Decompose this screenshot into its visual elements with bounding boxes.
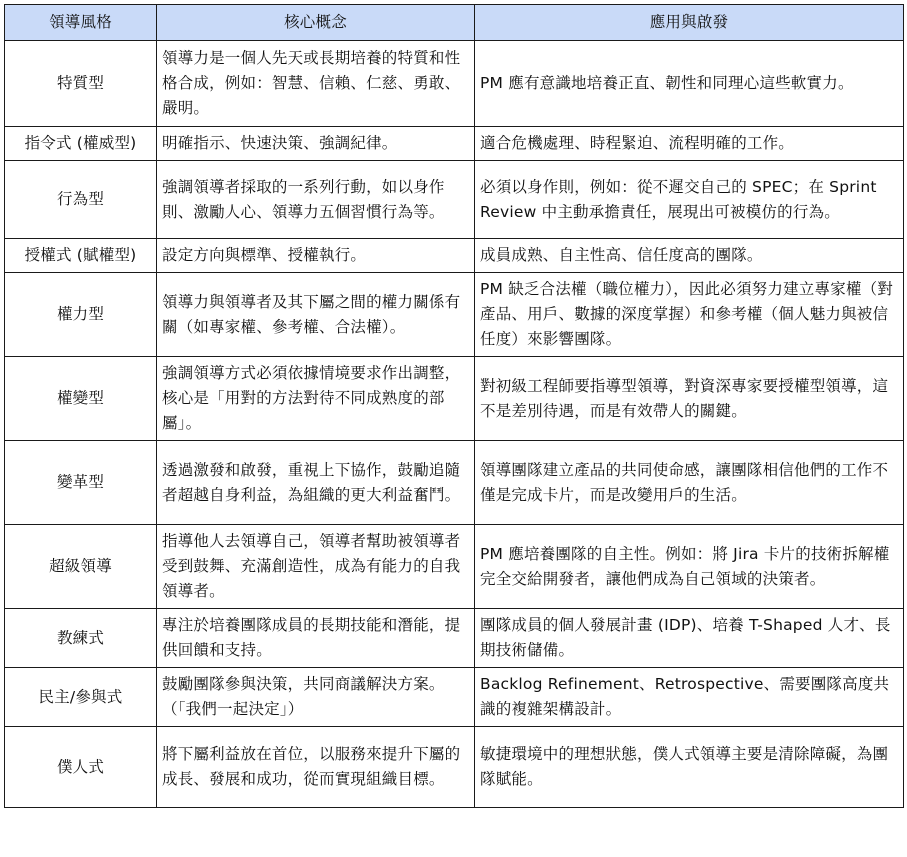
leadership-styles-table: 領導風格 核心概念 應用與啟發 特質型 領導力是一個人先天或長期培養的特質和性格… [4, 4, 904, 808]
leadership-styles-table-wrapper: 領導風格 核心概念 應用與啟發 特質型 領導力是一個人先天或長期培養的特質和性格… [4, 4, 904, 808]
cell-concept: 領導力與領導者及其下屬之間的權力關係有關（如專家權、參考權、合法權）。 [157, 273, 475, 357]
cell-style: 權變型 [5, 357, 157, 441]
cell-style: 民主/參與式 [5, 668, 157, 727]
table-row: 民主/參與式 鼓勵團隊參與決策，共同商議解決方案。（「我們一起決定」） Back… [5, 668, 904, 727]
table-row: 僕人式 將下屬利益放在首位，以服務來提升下屬的成長、發展和成功，從而實現組織目標… [5, 727, 904, 808]
cell-style: 指令式 (權威型) [5, 127, 157, 161]
cell-style: 授權式 (賦權型) [5, 239, 157, 273]
table-row: 權力型 領導力與領導者及其下屬之間的權力關係有關（如專家權、參考權、合法權）。 … [5, 273, 904, 357]
header-style: 領導風格 [5, 5, 157, 41]
table-row: 授權式 (賦權型) 設定方向與標準、授權執行。 成員成熟、自主性高、信任度高的團… [5, 239, 904, 273]
cell-application: PM 缺乏合法權（職位權力），因此必須努力建立專家權（對產品、用戶、數據的深度掌… [475, 273, 904, 357]
table-row: 超級領導 指導他人去領導自己，領導者幫助被領導者受到鼓舞、充滿創造性，成為有能力… [5, 525, 904, 609]
table-row: 權變型 強調領導方式必須依據情境要求作出調整，核心是「用對的方法對待不同成熟度的… [5, 357, 904, 441]
cell-style: 行為型 [5, 161, 157, 239]
cell-style: 教練式 [5, 609, 157, 668]
cell-concept: 領導力是一個人先天或長期培養的特質和性格合成，例如：智慧、信賴、仁慈、勇敢、嚴明… [157, 41, 475, 127]
cell-application: Backlog Refinement、Retrospective、需要團隊高度共… [475, 668, 904, 727]
header-concept: 核心概念 [157, 5, 475, 41]
table-row: 行為型 強調領導者採取的一系列行動，如以身作則、激勵人心、領導力五個習慣行為等。… [5, 161, 904, 239]
cell-application: 對初級工程師要指導型領導，對資深專家要授權型領導，這不是差別待遇，而是有效帶人的… [475, 357, 904, 441]
cell-concept: 明確指示、快速決策、強調紀律。 [157, 127, 475, 161]
cell-style: 僕人式 [5, 727, 157, 808]
cell-concept: 透過激發和啟發，重視上下協作，鼓勵追隨者超越自身利益，為組織的更大利益奮鬥。 [157, 441, 475, 525]
cell-concept: 強調領導者採取的一系列行動，如以身作則、激勵人心、領導力五個習慣行為等。 [157, 161, 475, 239]
cell-application: 適合危機處理、時程緊迫、流程明確的工作。 [475, 127, 904, 161]
cell-application: 領導團隊建立產品的共同使命感，讓團隊相信他們的工作不僅是完成卡片，而是改變用戶的… [475, 441, 904, 525]
table-header-row: 領導風格 核心概念 應用與啟發 [5, 5, 904, 41]
cell-application: 團隊成員的個人發展計畫 (IDP)、培養 T-Shaped 人才、長期技術儲備。 [475, 609, 904, 668]
table-row: 教練式 專注於培養團隊成員的長期技能和潛能，提供回饋和支持。 團隊成員的個人發展… [5, 609, 904, 668]
table-row: 特質型 領導力是一個人先天或長期培養的特質和性格合成，例如：智慧、信賴、仁慈、勇… [5, 41, 904, 127]
cell-concept: 將下屬利益放在首位，以服務來提升下屬的成長、發展和成功，從而實現組織目標。 [157, 727, 475, 808]
cell-style: 特質型 [5, 41, 157, 127]
cell-style: 變革型 [5, 441, 157, 525]
cell-concept: 設定方向與標準、授權執行。 [157, 239, 475, 273]
cell-concept: 鼓勵團隊參與決策，共同商議解決方案。（「我們一起決定」） [157, 668, 475, 727]
cell-concept: 強調領導方式必須依據情境要求作出調整，核心是「用對的方法對待不同成熟度的部屬」。 [157, 357, 475, 441]
cell-application: 敏捷環境中的理想狀態，僕人式領導主要是清除障礙，為團隊賦能。 [475, 727, 904, 808]
cell-concept: 專注於培養團隊成員的長期技能和潛能，提供回饋和支持。 [157, 609, 475, 668]
cell-application: PM 應有意識地培養正直、韌性和同理心這些軟實力。 [475, 41, 904, 127]
table-row: 指令式 (權威型) 明確指示、快速決策、強調紀律。 適合危機處理、時程緊迫、流程… [5, 127, 904, 161]
cell-concept: 指導他人去領導自己，領導者幫助被領導者受到鼓舞、充滿創造性，成為有能力的自我領導… [157, 525, 475, 609]
cell-style: 權力型 [5, 273, 157, 357]
cell-application: 成員成熟、自主性高、信任度高的團隊。 [475, 239, 904, 273]
cell-application: PM 應培養團隊的自主性。例如：將 Jira 卡片的技術拆解權完全交給開發者，讓… [475, 525, 904, 609]
cell-style: 超級領導 [5, 525, 157, 609]
table-row: 變革型 透過激發和啟發，重視上下協作，鼓勵追隨者超越自身利益，為組織的更大利益奮… [5, 441, 904, 525]
cell-application: 必須以身作則，例如：從不遲交自己的 SPEC；在 Sprint Review 中… [475, 161, 904, 239]
header-application: 應用與啟發 [475, 5, 904, 41]
